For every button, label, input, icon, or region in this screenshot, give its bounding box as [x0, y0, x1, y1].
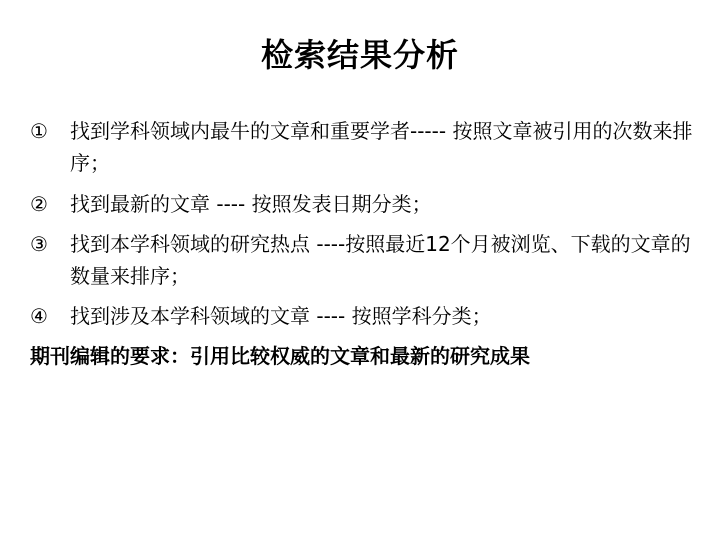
editor-requirement-note: 期刊编辑的要求：引用比较权威的文章和最新的研究成果 [30, 340, 530, 372]
item-marker: ③ [30, 228, 64, 260]
slide-title: 检索结果分析 [0, 30, 720, 76]
list-item-2: ② 找到最新的文章 ---- 按照发表日期分类； [30, 188, 700, 220]
list-item-3: ③ 找到本学科领域的研究热点 ----按照最近12个月被浏览、下载的文章的数量来… [30, 228, 700, 292]
item-marker: ② [30, 188, 64, 220]
list-item-4: ④ 找到涉及本学科领域的文章 ---- 按照学科分类； [30, 300, 700, 332]
item-text: 找到涉及本学科领域的文章 ---- 按照学科分类； [70, 300, 700, 332]
item-text: 找到本学科领域的研究热点 ----按照最近12个月被浏览、下载的文章的数量来排序… [70, 228, 700, 292]
list-item-1: ① 找到学科领域内最牛的文章和重要学者----- 按照文章被引用的次数来排序； [30, 115, 700, 179]
item-marker: ① [30, 115, 64, 147]
item-text: 找到最新的文章 ---- 按照发表日期分类； [70, 188, 700, 220]
item-marker: ④ [30, 300, 64, 332]
item-text: 找到学科领域内最牛的文章和重要学者----- 按照文章被引用的次数来排序； [70, 115, 700, 179]
